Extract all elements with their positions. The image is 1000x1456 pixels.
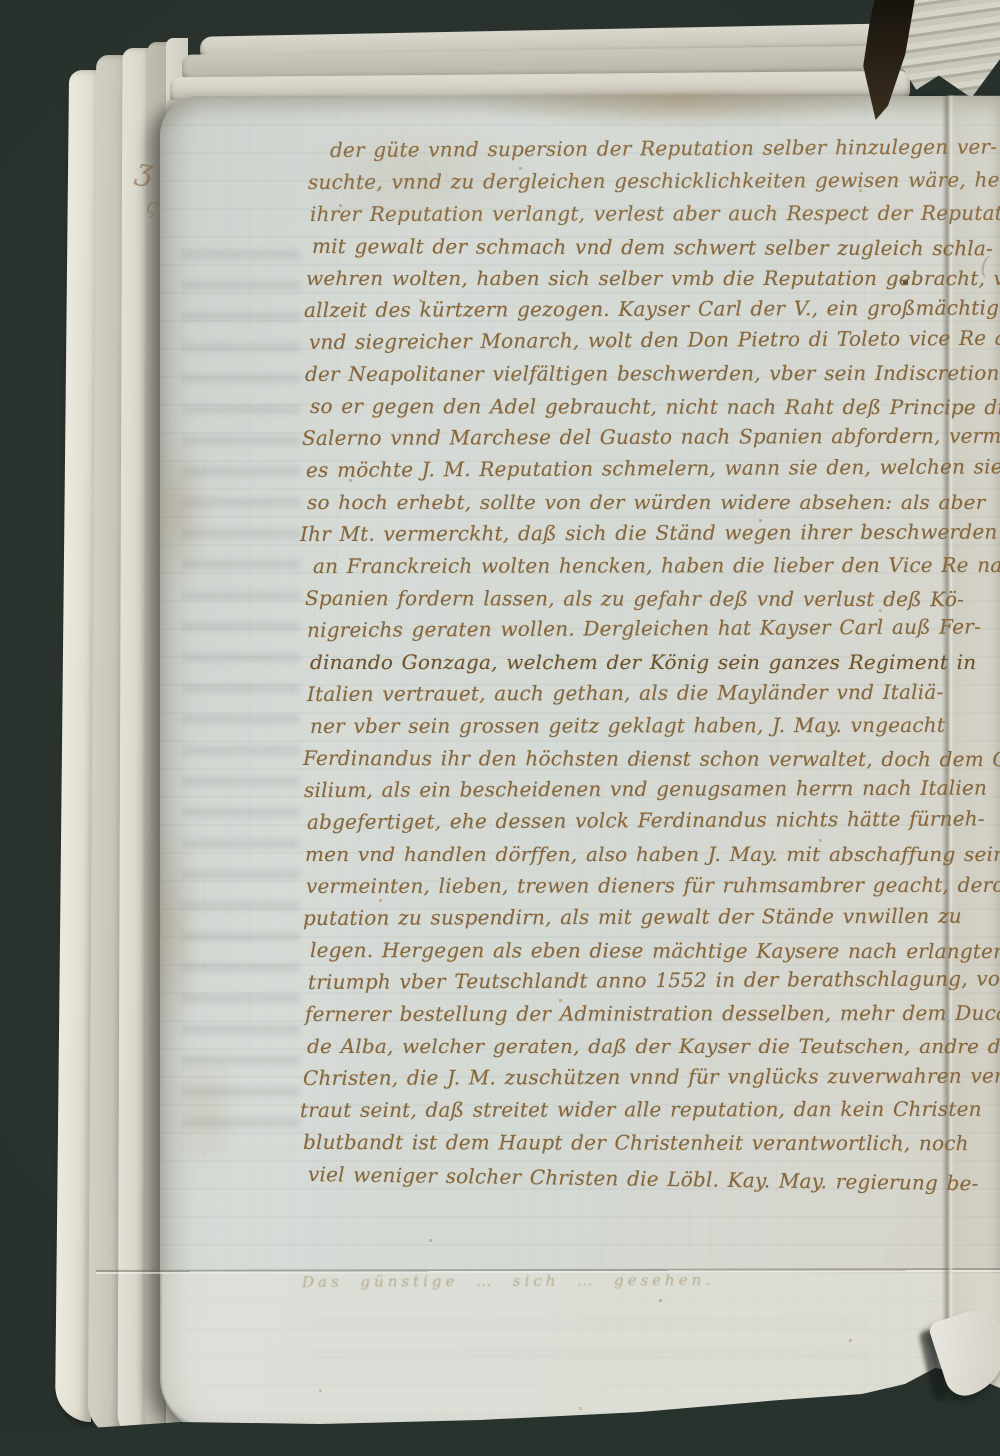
manuscript-line: Italien vertrauet, auch gethan, als die … <box>307 682 943 704</box>
manuscript-line: de Alba, welcher geraten, daß der Kayser… <box>307 1036 1000 1056</box>
paper-speckles <box>0 0 1 1</box>
manuscript-line: so hoch erhebt, sollte von der würden wi… <box>307 492 985 512</box>
manuscript-line: allzeit des kürtzern gezogen. Kayser Car… <box>304 297 1000 320</box>
manuscript-line: der Neapolitaner vielfältigen beschwerde… <box>305 363 1000 384</box>
manuscript-line: vnd siegreicher Monarch, wolt den Don Pi… <box>309 328 1000 352</box>
manuscript-line: nigreichs geraten wollen. Dergleichen ha… <box>307 616 981 640</box>
catchword-line: Das günstige … sich … gesehen. <box>302 1273 714 1290</box>
handwritten-text-block: der güte vnnd supersion der Reputation s… <box>300 140 960 1220</box>
manuscript-line: blutbandt ist dem Haupt der Christenheit… <box>303 1132 969 1153</box>
manuscript-line: der güte vnnd supersion der Reputation s… <box>330 137 997 160</box>
manuscript-line: mit gewalt der schmach vnd dem schwert s… <box>312 236 993 258</box>
manuscript-line: fernerer bestellung der Administration d… <box>305 1003 1000 1024</box>
manuscript-line: silium, als ein bescheidenen vnd genugsa… <box>304 778 987 800</box>
manuscript-line: men vnd handlen dörffen, also haben J. M… <box>305 844 1000 864</box>
manuscript-line: wehren wolten, haben sich selber vmb die… <box>306 268 1000 288</box>
page-edge-stack-top-right <box>898 0 1000 102</box>
manuscript-line: traut seint, daß streitet wider alle rep… <box>300 1099 982 1120</box>
manuscript-line: ner vber sein grossen geitz geklagt habe… <box>310 715 945 736</box>
manuscript-line: so er gegen den Adel gebraucht, nicht na… <box>310 396 1000 417</box>
manuscript-line: Ihr Mt. vermerckht, daß sich die Ständ w… <box>300 522 997 544</box>
manuscript-line: triumph vber Teutschlandt anno 1552 in d… <box>308 968 1000 992</box>
manuscript-line: ihrer Reputation verlangt, verlest aber … <box>310 203 1000 224</box>
manuscript-line: abgefertiget, ehe dessen volck Ferdinand… <box>307 808 985 832</box>
manuscript-line: an Franckreich wolten hencken, haben die… <box>313 555 1000 576</box>
manuscript-line: vermeinten, lieben, trewen dieners für r… <box>306 875 1000 896</box>
manuscript-line: putation zu suspendirn, als mit gewalt d… <box>303 906 962 928</box>
manuscript-line: suchte, vnnd zu dergleichen geschicklich… <box>308 169 1000 192</box>
manuscript-line: Salerno vnnd Marchese del Guasto nach Sp… <box>302 425 1000 448</box>
manuscript-line: viel weniger solcher Christen die Löbl. … <box>308 1164 979 1193</box>
manuscript-line: Ferdinandus ihr den höchsten dienst scho… <box>303 748 1000 769</box>
manuscript-line: Spanien fordern lassen, als zu gefahr de… <box>305 588 964 609</box>
manuscript-line: legen. Hergegen als eben diese mächtige … <box>310 940 1000 961</box>
manuscript-line: Christen, die J. M. zuschützen vnnd für … <box>303 1066 1000 1088</box>
manuscript-line: es möchte J. M. Reputation schmelern, wa… <box>306 456 1000 480</box>
manuscript-photo: ʒ ς ( der güte vnnd supersion der Reputa… <box>0 0 1000 1456</box>
manuscript-line: dinando Gonzaga, welchem der König sein … <box>310 652 976 672</box>
